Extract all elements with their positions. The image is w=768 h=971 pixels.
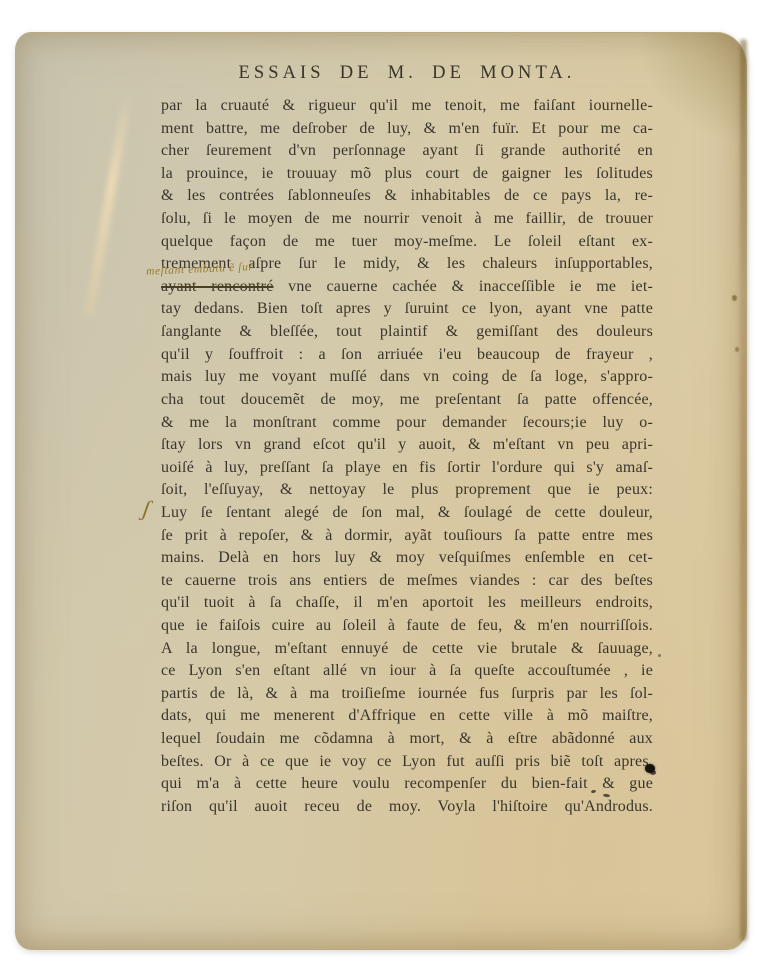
margin-insertion-mark: ʃ: [141, 496, 152, 523]
scan-background: ESSAIS DE M. DE MONTA. par la cruauté & …: [0, 0, 768, 971]
text-line: ſe prit à repoſer, & à dormir, ayãt touſ…: [161, 527, 653, 550]
text-line: ment battre, me deſrober de luy, & m'en …: [161, 120, 653, 143]
text-line: qui m'a à cette heure voulu recompenſer …: [161, 775, 653, 798]
text-line: cha tout doucemẽt de moy, me preſentant …: [161, 391, 653, 414]
text-line: cher ſeurement d'vn perſonnage ayant ſi …: [161, 142, 653, 165]
book-page: ESSAIS DE M. DE MONTA. par la cruauté & …: [15, 32, 747, 950]
text-line: qu'il y ſouffroit : a ſon arriuée i'eu b…: [161, 346, 653, 369]
text-line: uoiſé à luy, preſſant ſa playe en fis ſo…: [161, 459, 653, 482]
text-line: mais luy me voyant muſſé dans vn coing d…: [161, 368, 653, 391]
text-line: quelque façon de me tuer moy-meſme. Le ſ…: [161, 233, 653, 256]
text-line: lequel ſoudain me cõdamna à mort, & à eſ…: [161, 730, 653, 753]
running-header: ESSAIS DE M. DE MONTA.: [161, 63, 653, 84]
edge-speck: [732, 295, 737, 301]
text-line: partis de là, & à ma troiſieſme iournée …: [161, 685, 653, 708]
edge-speck: [658, 654, 661, 657]
text-line: te cauerne trois ans entiers de meſmes v…: [161, 572, 653, 595]
text-line: & me la monſtrant comme pour demander ſe…: [161, 414, 653, 437]
ink-blot: [645, 764, 655, 773]
deckle-edge: [740, 39, 747, 941]
paper-crease: [85, 92, 133, 315]
text-line: Luy ſe ſentant alegé de ſon mal, & ſoula…: [161, 504, 653, 527]
text-line: par la cruauté & rigueur qu'il me tenoit…: [161, 97, 653, 120]
text-line: beſtes. Or à ce que ie voy ce Lyon fut a…: [161, 753, 653, 776]
edge-speck: [735, 347, 739, 352]
text-line: A la longue, m'eſtant ennuyé de cette vi…: [161, 640, 653, 663]
text-line: la prouince, ie trouuay mõ plus court de…: [161, 165, 653, 188]
text-line: ſanglante & bleſſée, tout plaintif & gem…: [161, 323, 653, 346]
text-line: mains. Delà en hors luy & moy veſquiſmes…: [161, 549, 653, 572]
text-line: qu'il tuoit à ſa chaſſe, il m'en aportoi…: [161, 594, 653, 617]
text-line: ce Lyon s'en eſtant allé vn iour à ſa qu…: [161, 662, 653, 685]
text-line: & les contrées ſablonneuſes & inhabitabl…: [161, 187, 653, 210]
text-line: ſoit, l'eſſuyay, & nettoyay le plus prop…: [161, 481, 653, 504]
text-line: ſtay lors vn grand eſcot qu'il y auoit, …: [161, 436, 653, 459]
text-line: ſolu, ſi le moyen de me nourrir venoit à…: [161, 210, 653, 233]
text-line: que ie faiſois cuire au ſoleil à faute d…: [161, 617, 653, 640]
text-line: riſon qu'il auoit receu de moy. Voyla l'…: [161, 798, 653, 821]
text-line: tay dedans. Bien toſt apres y ſuruint ce…: [161, 300, 653, 323]
text-line: ayant rencontré vne cauerne cachée & ina…: [161, 278, 653, 301]
body-text: par la cruauté & rigueur qu'il me tenoit…: [161, 97, 653, 821]
text-line: dats, qui me menerent d'Affrique en cett…: [161, 707, 653, 730]
struck-text: ayant rencontré: [161, 278, 274, 295]
